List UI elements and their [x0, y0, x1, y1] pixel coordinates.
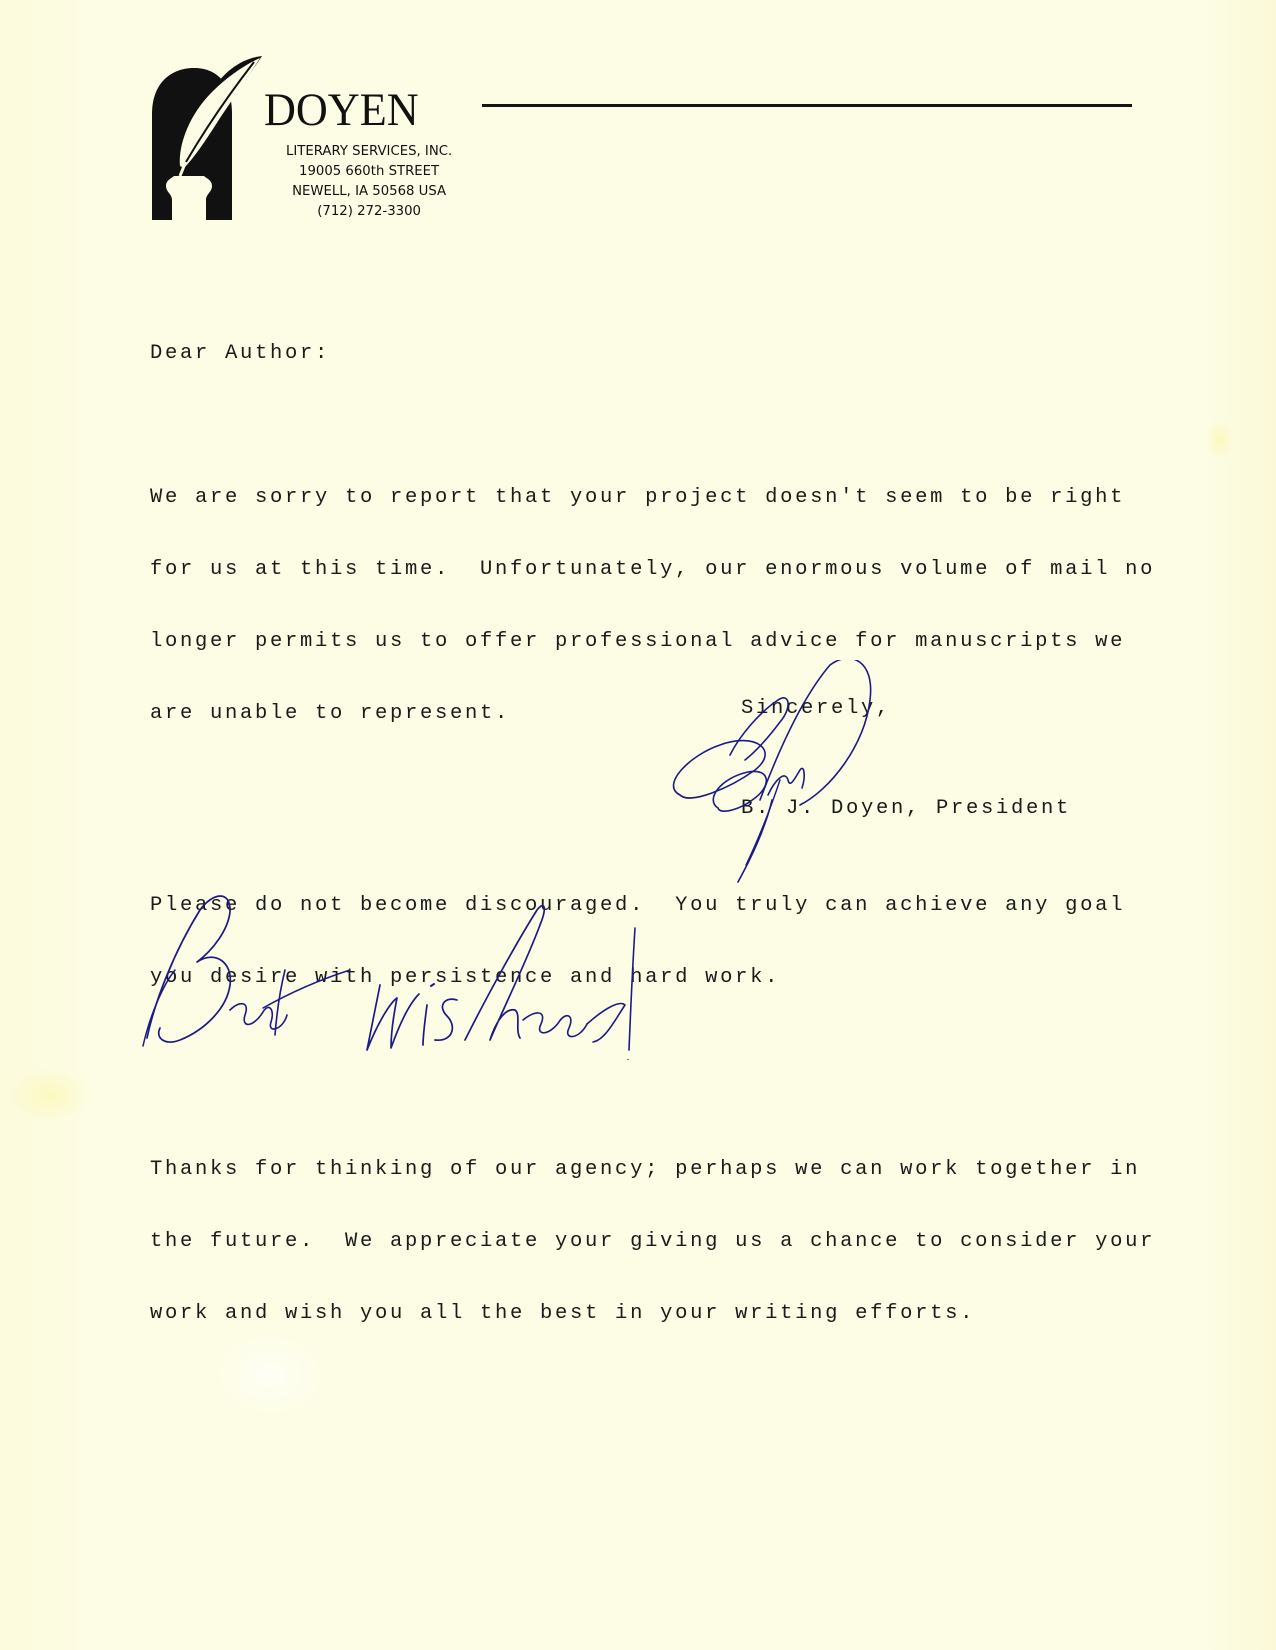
letterhead-rule: [482, 104, 1132, 107]
salutation: Dear Author:: [150, 342, 1150, 366]
body-line: We are sorry to report that your project…: [150, 486, 1150, 510]
paragraph-3: Thanks for thinking of our agency; perha…: [150, 1110, 1150, 1374]
address-line: (712) 272-3300: [262, 202, 476, 222]
letter-body: Dear Author: We are sorry to report that…: [150, 294, 1150, 1422]
paragraph-1: We are sorry to report that your project…: [150, 438, 1150, 774]
handwritten-note: Best wishes!: [135, 890, 715, 1060]
company-address: LITERARY SERVICES, INC. 19005 660th STRE…: [262, 142, 476, 222]
address-line: LITERARY SERVICES, INC.: [262, 142, 476, 162]
handwritten-signature: [660, 660, 920, 900]
body-line: for us at this time. Unfortunately, our …: [150, 558, 1150, 582]
address-line: NEWELL, IA 50568 USA: [262, 182, 476, 202]
body-line: work and wish you all the best in your w…: [150, 1302, 1150, 1326]
body-line: longer permits us to offer professional …: [150, 630, 1150, 654]
body-line: the future. We appreciate your giving us…: [150, 1230, 1150, 1254]
address-line: 19005 660th STREET: [262, 162, 476, 182]
body-line: are unable to represent.: [150, 702, 1150, 726]
company-name: DOYEN: [264, 86, 419, 134]
body-line: Thanks for thinking of our agency; perha…: [150, 1158, 1150, 1182]
quill-and-inkwell-icon: [150, 54, 265, 220]
